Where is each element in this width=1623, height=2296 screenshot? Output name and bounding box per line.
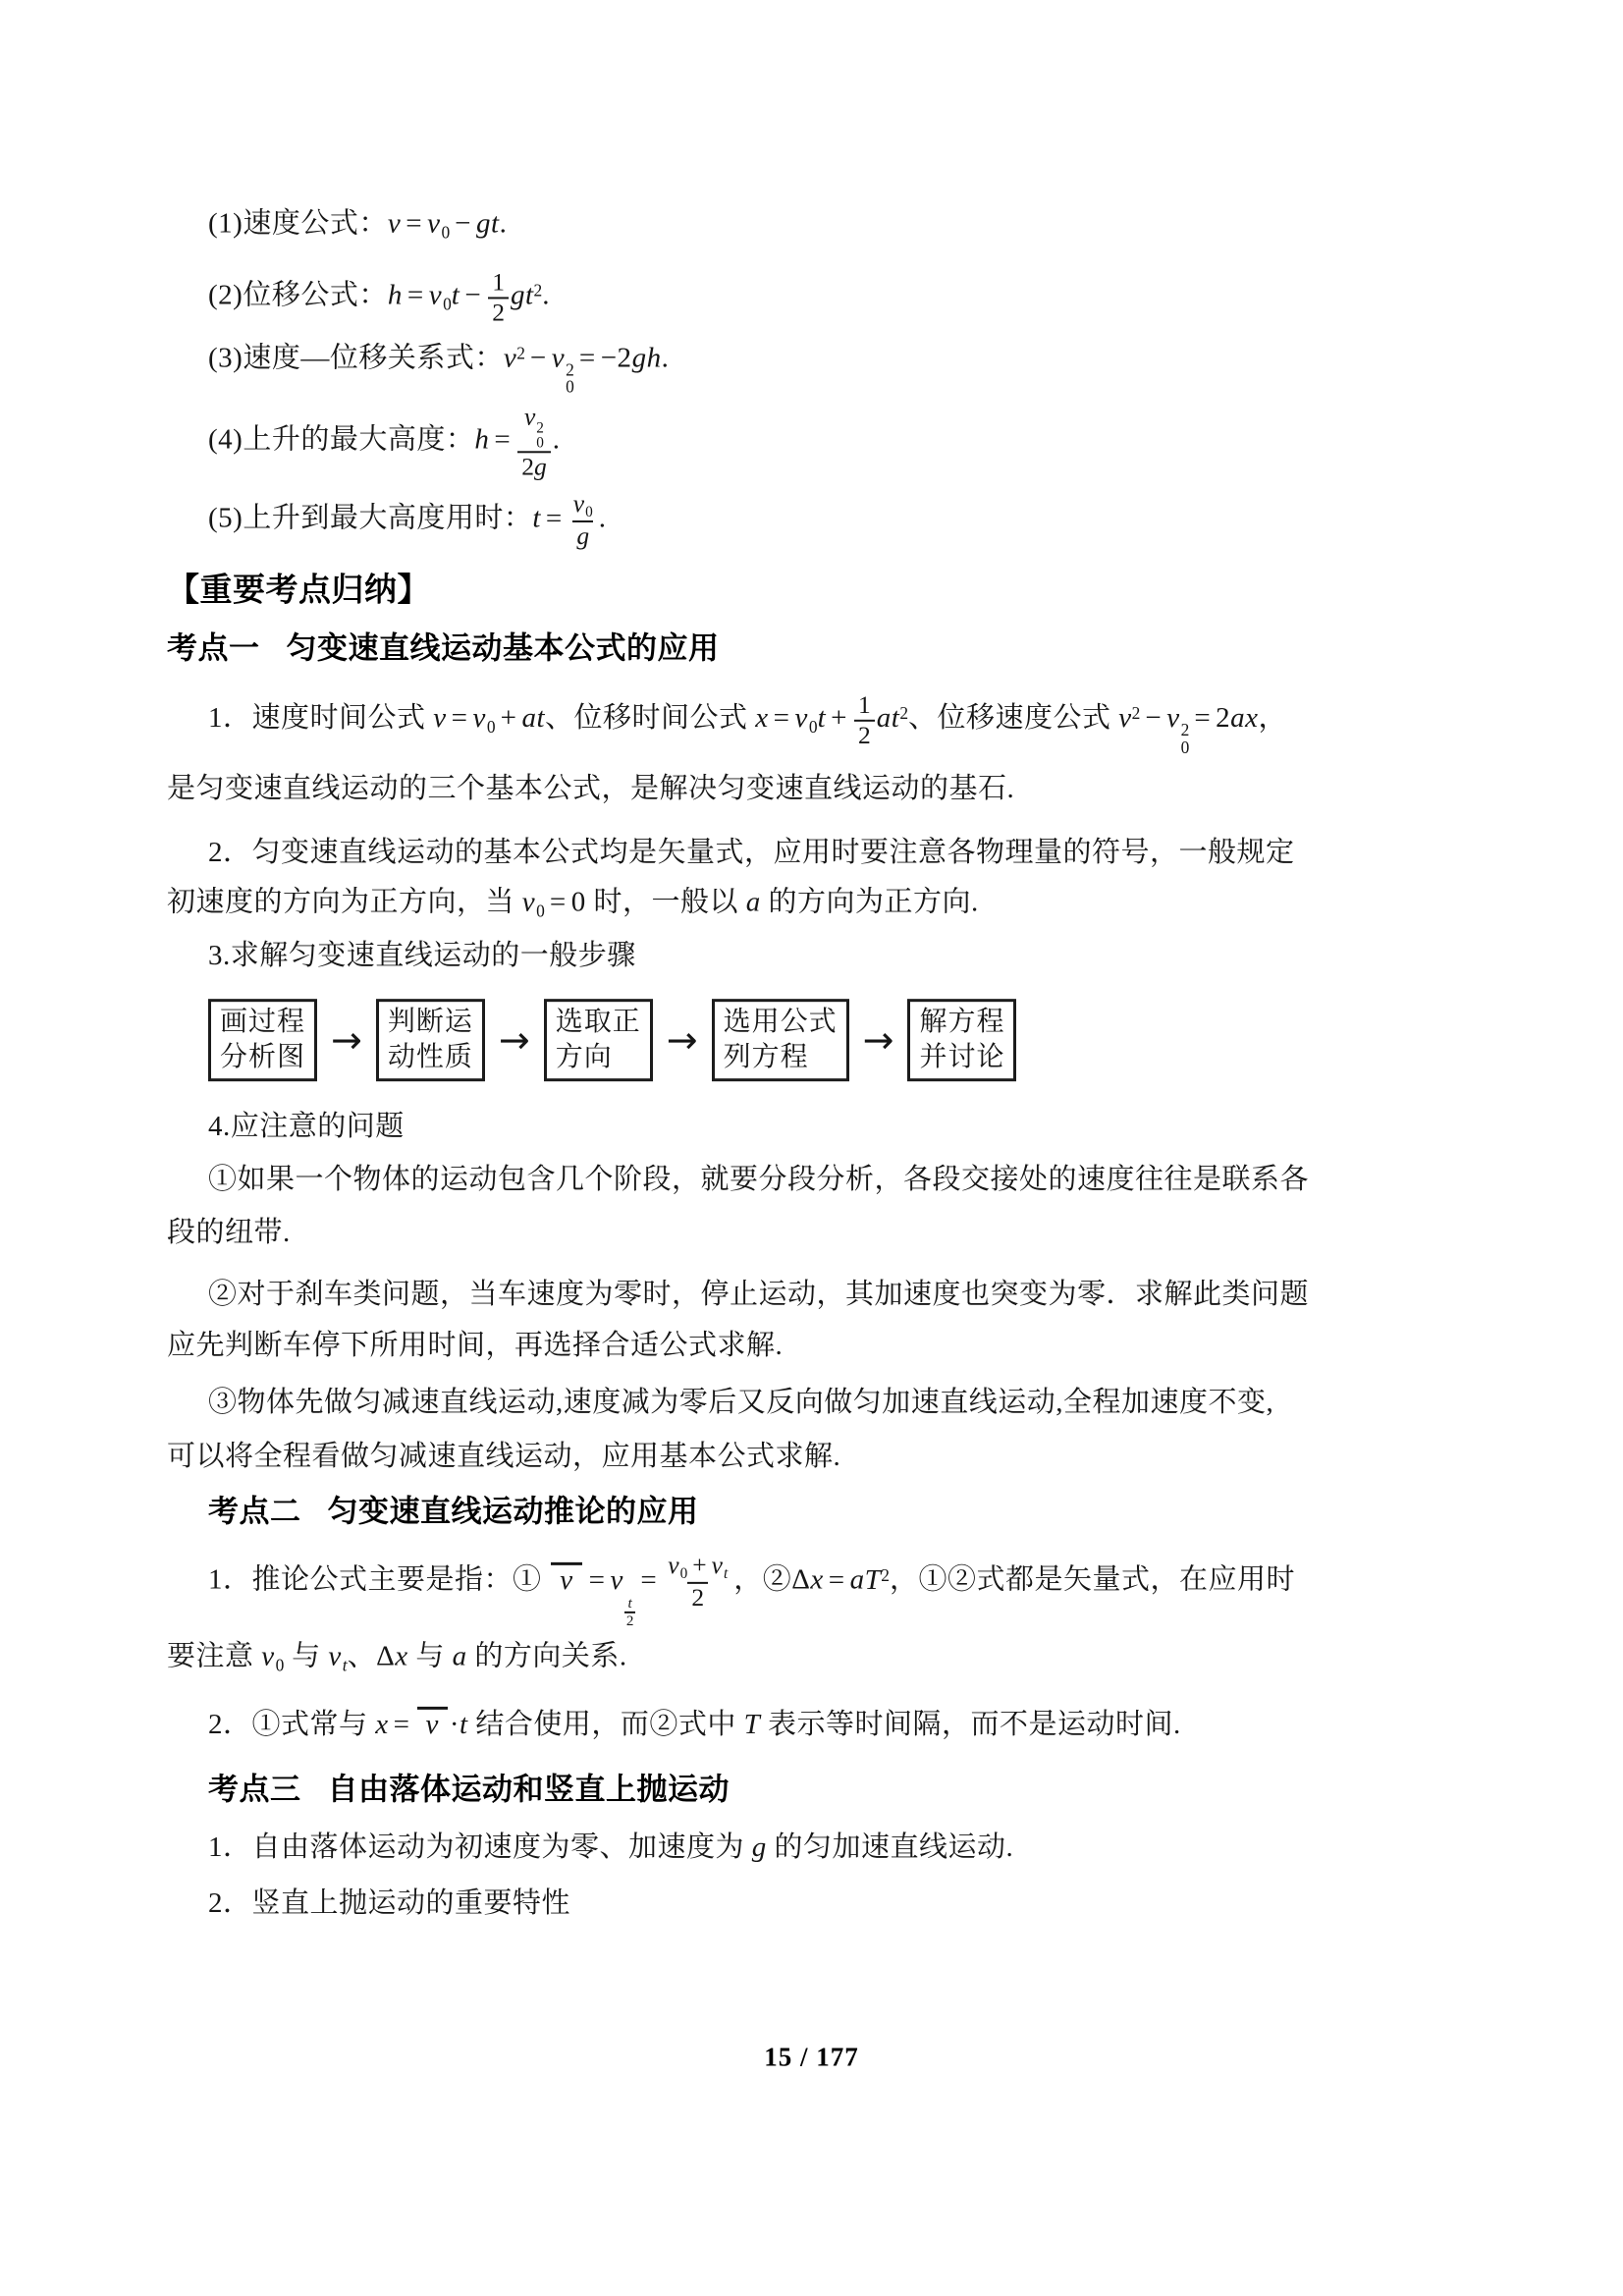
flow-step-text: 解方程 — [919, 1005, 1004, 1040]
flow-step-text: 选取正 — [556, 1005, 641, 1040]
flow-step-text: 判断运 — [388, 1005, 473, 1040]
flow-step-judge-motion: 判断运 动性质 — [376, 999, 485, 1081]
paragraph-attention-issues: 4.应注意的问题 — [208, 1109, 405, 1144]
paragraph-vector-rule-cont: 初速度的方向为正方向，当 v0=0 时，一般以 a 的方向为正方向. — [167, 885, 979, 923]
flow-step-select-formula: 选用公式 列方程 — [712, 999, 849, 1081]
note-3-deceleration: ③物体先做匀减速直线运动,速度减为零后又反向做匀加速直线运动,全程加速度不变, — [208, 1385, 1273, 1420]
section-1-label: 考点一 — [167, 631, 260, 666]
arrow-right-icon: → — [667, 1018, 698, 1062]
arrow-right-icon: → — [863, 1018, 894, 1062]
section-heading-2: 考点二匀变速直线运动推论的应用 — [208, 1494, 699, 1532]
paragraph-solving-steps: 3.求解匀变速直线运动的一般步骤 — [208, 938, 636, 973]
paragraph-corollary-formulas-cont: 要注意 v0 与 vt、Δx 与 a 的方向关系. — [167, 1639, 627, 1677]
note-3-deceleration-cont: 可以将全程看做匀减速直线运动，应用基本公式求解. — [167, 1439, 840, 1474]
section-3-title: 自由落体运动和竖直上抛运动 — [328, 1773, 730, 1807]
section-2-label: 考点二 — [208, 1495, 301, 1529]
flow-step-text: 并讨论 — [919, 1040, 1004, 1075]
flow-step-text: 选用公式 — [724, 1005, 838, 1040]
flow-step-text: 方向 — [556, 1040, 641, 1075]
formula-displacement: (2)位移公式：h=v0t−12gt2. — [208, 268, 550, 326]
paragraph-corollary-formulas: 1．推论公式主要是指：① v=vt2=v0+vt2，②Δx=aT2，①②式都是矢… — [208, 1552, 1295, 1630]
section-heading-3: 考点三自由落体运动和竖直上抛运动 — [208, 1772, 730, 1810]
paragraph-free-fall: 1．自由落体运动为初速度为零、加速度为 g 的匀加速直线运动. — [208, 1830, 1013, 1865]
key-points-heading: 【重要考点归纳】 — [167, 569, 430, 609]
section-2-title: 匀变速直线运动推论的应用 — [328, 1495, 699, 1529]
flow-step-text: 动性质 — [388, 1040, 473, 1075]
paragraph-corollary-usage: 2．①式常与 x=v·t 结合使用，而②式中 T 表示等时间隔，而不是运动时间. — [208, 1707, 1181, 1742]
formula-max-height: (4)上升的最大高度：h=v202g. — [208, 403, 560, 480]
document-page: (1)速度公式：v=v0−gt. (2)位移公式：h=v0t−12gt2. (3… — [0, 0, 1623, 2296]
section-heading-1: 考点一匀变速直线运动基本公式的应用 — [167, 630, 720, 669]
flow-step-choose-direction: 选取正 方向 — [544, 999, 653, 1081]
note-2-braking-cont: 应先判断车停下所用时间，再选择合适公式求解. — [167, 1328, 783, 1363]
paragraph-vertical-throw: 2．竖直上抛运动的重要特性 — [208, 1886, 570, 1921]
paragraph-vector-rule: 2．匀变速直线运动的基本公式均是矢量式，应用时要注意各物理量的符号，一般规定 — [208, 835, 1295, 870]
note-2-braking: ②对于刹车类问题，当车速度为零时，停止运动，其加速度也突变为零．求解此类问题 — [208, 1277, 1309, 1312]
flow-step-text: 分析图 — [220, 1040, 305, 1075]
note-1-multistage: ①如果一个物体的运动包含几个阶段，就要分段分析，各段交接处的速度往往是联系各 — [208, 1162, 1309, 1197]
paragraph-basic-formulas-cont: 是匀变速直线运动的三个基本公式，是解决匀变速直线运动的基石. — [167, 771, 1014, 806]
formula-rise-time: (5)上升到最大高度用时：t=v0g. — [208, 490, 606, 551]
section-1-title: 匀变速直线运动基本公式的应用 — [287, 631, 720, 666]
flow-step-text: 列方程 — [724, 1040, 838, 1075]
formula-velocity-displacement: (3)速度—位移关系式：v2−v20=−2gh. — [208, 340, 669, 396]
arrow-right-icon: → — [499, 1018, 530, 1062]
page-number: 15 / 177 — [0, 2043, 1623, 2073]
section-3-label: 考点三 — [208, 1773, 301, 1807]
formula-velocity: (1)速度公式：v=v0−gt. — [208, 206, 507, 245]
arrow-right-icon: → — [331, 1018, 362, 1062]
solution-steps-flowchart: 画过程 分析图 → 判断运 动性质 → 选取正 方向 → 选用公式 列方程 → … — [208, 999, 1016, 1081]
paragraph-basic-formulas: 1．速度时间公式 v=v0+at、位移时间公式 x=v0t+12at2、位移速度… — [208, 691, 1287, 756]
flow-step-text: 画过程 — [220, 1005, 305, 1040]
flow-step-solve-discuss: 解方程 并讨论 — [907, 999, 1016, 1081]
flow-step-draw-diagram: 画过程 分析图 — [208, 999, 317, 1081]
note-1-multistage-cont: 段的纽带. — [167, 1215, 291, 1250]
